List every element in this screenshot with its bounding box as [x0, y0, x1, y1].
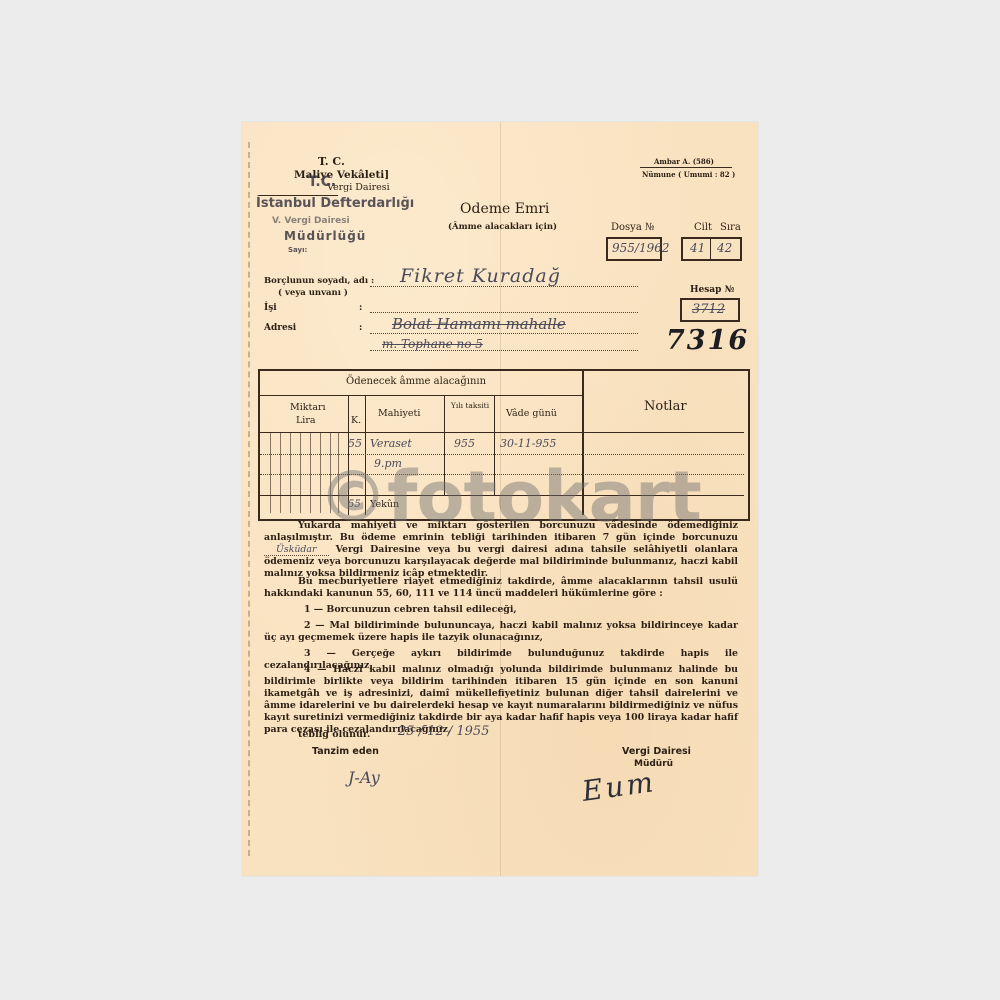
prepared-by-label: Tanzim eden	[312, 746, 379, 757]
header-tc: T. C.	[318, 155, 345, 168]
director-title-1: Vergi Dairesi	[622, 746, 691, 757]
sira-label: Sıra	[720, 222, 741, 233]
debtor-address-value-1[interactable]: Bolat Hamamı mahalle	[392, 315, 566, 333]
dosya-value: 955/1962	[612, 241, 670, 255]
col-mahiyeti: Mahiyeti	[378, 408, 420, 419]
debtor-address-value-2[interactable]: m. Tophane no 5	[382, 337, 483, 351]
item-2: 2 — Mal bildiriminde bulununcaya, haczi …	[264, 620, 738, 644]
dosya-box: 955/1962	[606, 237, 662, 261]
col-notlar: Notlar	[644, 399, 687, 414]
col-miktar: Miktarı	[290, 402, 326, 413]
document-subtitle: (Âmme alacakları için)	[448, 222, 557, 232]
item-4: 4 — Haczi kabil malınız olmadığı yolunda…	[264, 664, 738, 736]
item-1: 1 — Borcunuzun cebren tahsil edileceği,	[264, 604, 738, 616]
hesap-label: Hesap №	[690, 285, 734, 295]
header-tax-office: Vergi Dairesi	[327, 182, 390, 193]
debtor-address-label: Adresi	[264, 323, 296, 333]
cilt-sira-box: 41 42	[681, 237, 742, 261]
document-title: Odeme Emri	[460, 201, 549, 217]
debtor-name-sublabel: ( veya unvanı )	[278, 288, 348, 298]
debtor-job-label: İşi	[264, 303, 277, 313]
teblig-text: tebliğ olunur.	[298, 729, 370, 740]
director-signature: Eum	[580, 765, 658, 808]
row-1-k[interactable]: 55	[348, 437, 362, 450]
row-1-vade[interactable]: 30-11-955	[500, 437, 556, 450]
form-code-rule	[640, 167, 732, 168]
hesap-new-value[interactable]: 7316	[666, 325, 749, 356]
debtor-name-value[interactable]: Fikret Kuradağ	[400, 265, 561, 287]
perforation-edge	[248, 142, 252, 856]
table-group-header: Ödenecek âmme alacağının	[346, 376, 486, 387]
sira-value: 42	[717, 241, 732, 255]
stamp-tc: T.C.	[308, 174, 336, 190]
form-code: Ambar A. (586)	[654, 157, 714, 166]
cilt-value: 41	[690, 241, 705, 255]
prepared-by-signature: J-Ay	[348, 768, 380, 787]
stamp-mudurlugu: Müdürlüğü	[284, 229, 366, 243]
debtor-name-label: Borçlunun soyadı, adı :	[264, 276, 374, 286]
col-k: K.	[351, 415, 361, 426]
notice-date[interactable]: 25 / 12 / 1955	[398, 724, 489, 739]
col-lira: Lira	[296, 415, 316, 426]
tax-office-name[interactable]: Üsküdar	[264, 544, 329, 556]
cilt-label: Cilt	[694, 222, 712, 233]
stamp-sayi: Sayı:	[288, 246, 307, 254]
watermark: ©fotokart	[318, 462, 701, 532]
hesap-box: 3712	[680, 298, 740, 322]
col-vade: Vâde günü	[506, 408, 557, 419]
debtor-job-line	[370, 312, 638, 313]
dosya-label: Dosya №	[611, 222, 654, 233]
form-sample: Nümune ( Umumi : 82 )	[642, 170, 735, 179]
row-1-mahiyeti[interactable]: Veraset	[370, 437, 412, 450]
col-yili-taksiti: Yılı taksiti	[450, 401, 490, 411]
paragraph-2: Bu mecburiyetlere riayet etmediğiniz tak…	[264, 576, 738, 600]
debtor-address-line1	[370, 333, 638, 334]
hesap-old-value: 3712	[692, 302, 725, 317]
stamp-defterdarlik: İstanbul Defterdarlığı	[256, 196, 414, 211]
stamp-vergi-dairesi: V. Vergi Dairesi	[272, 216, 350, 226]
row-1-yili[interactable]: 955	[454, 437, 475, 450]
